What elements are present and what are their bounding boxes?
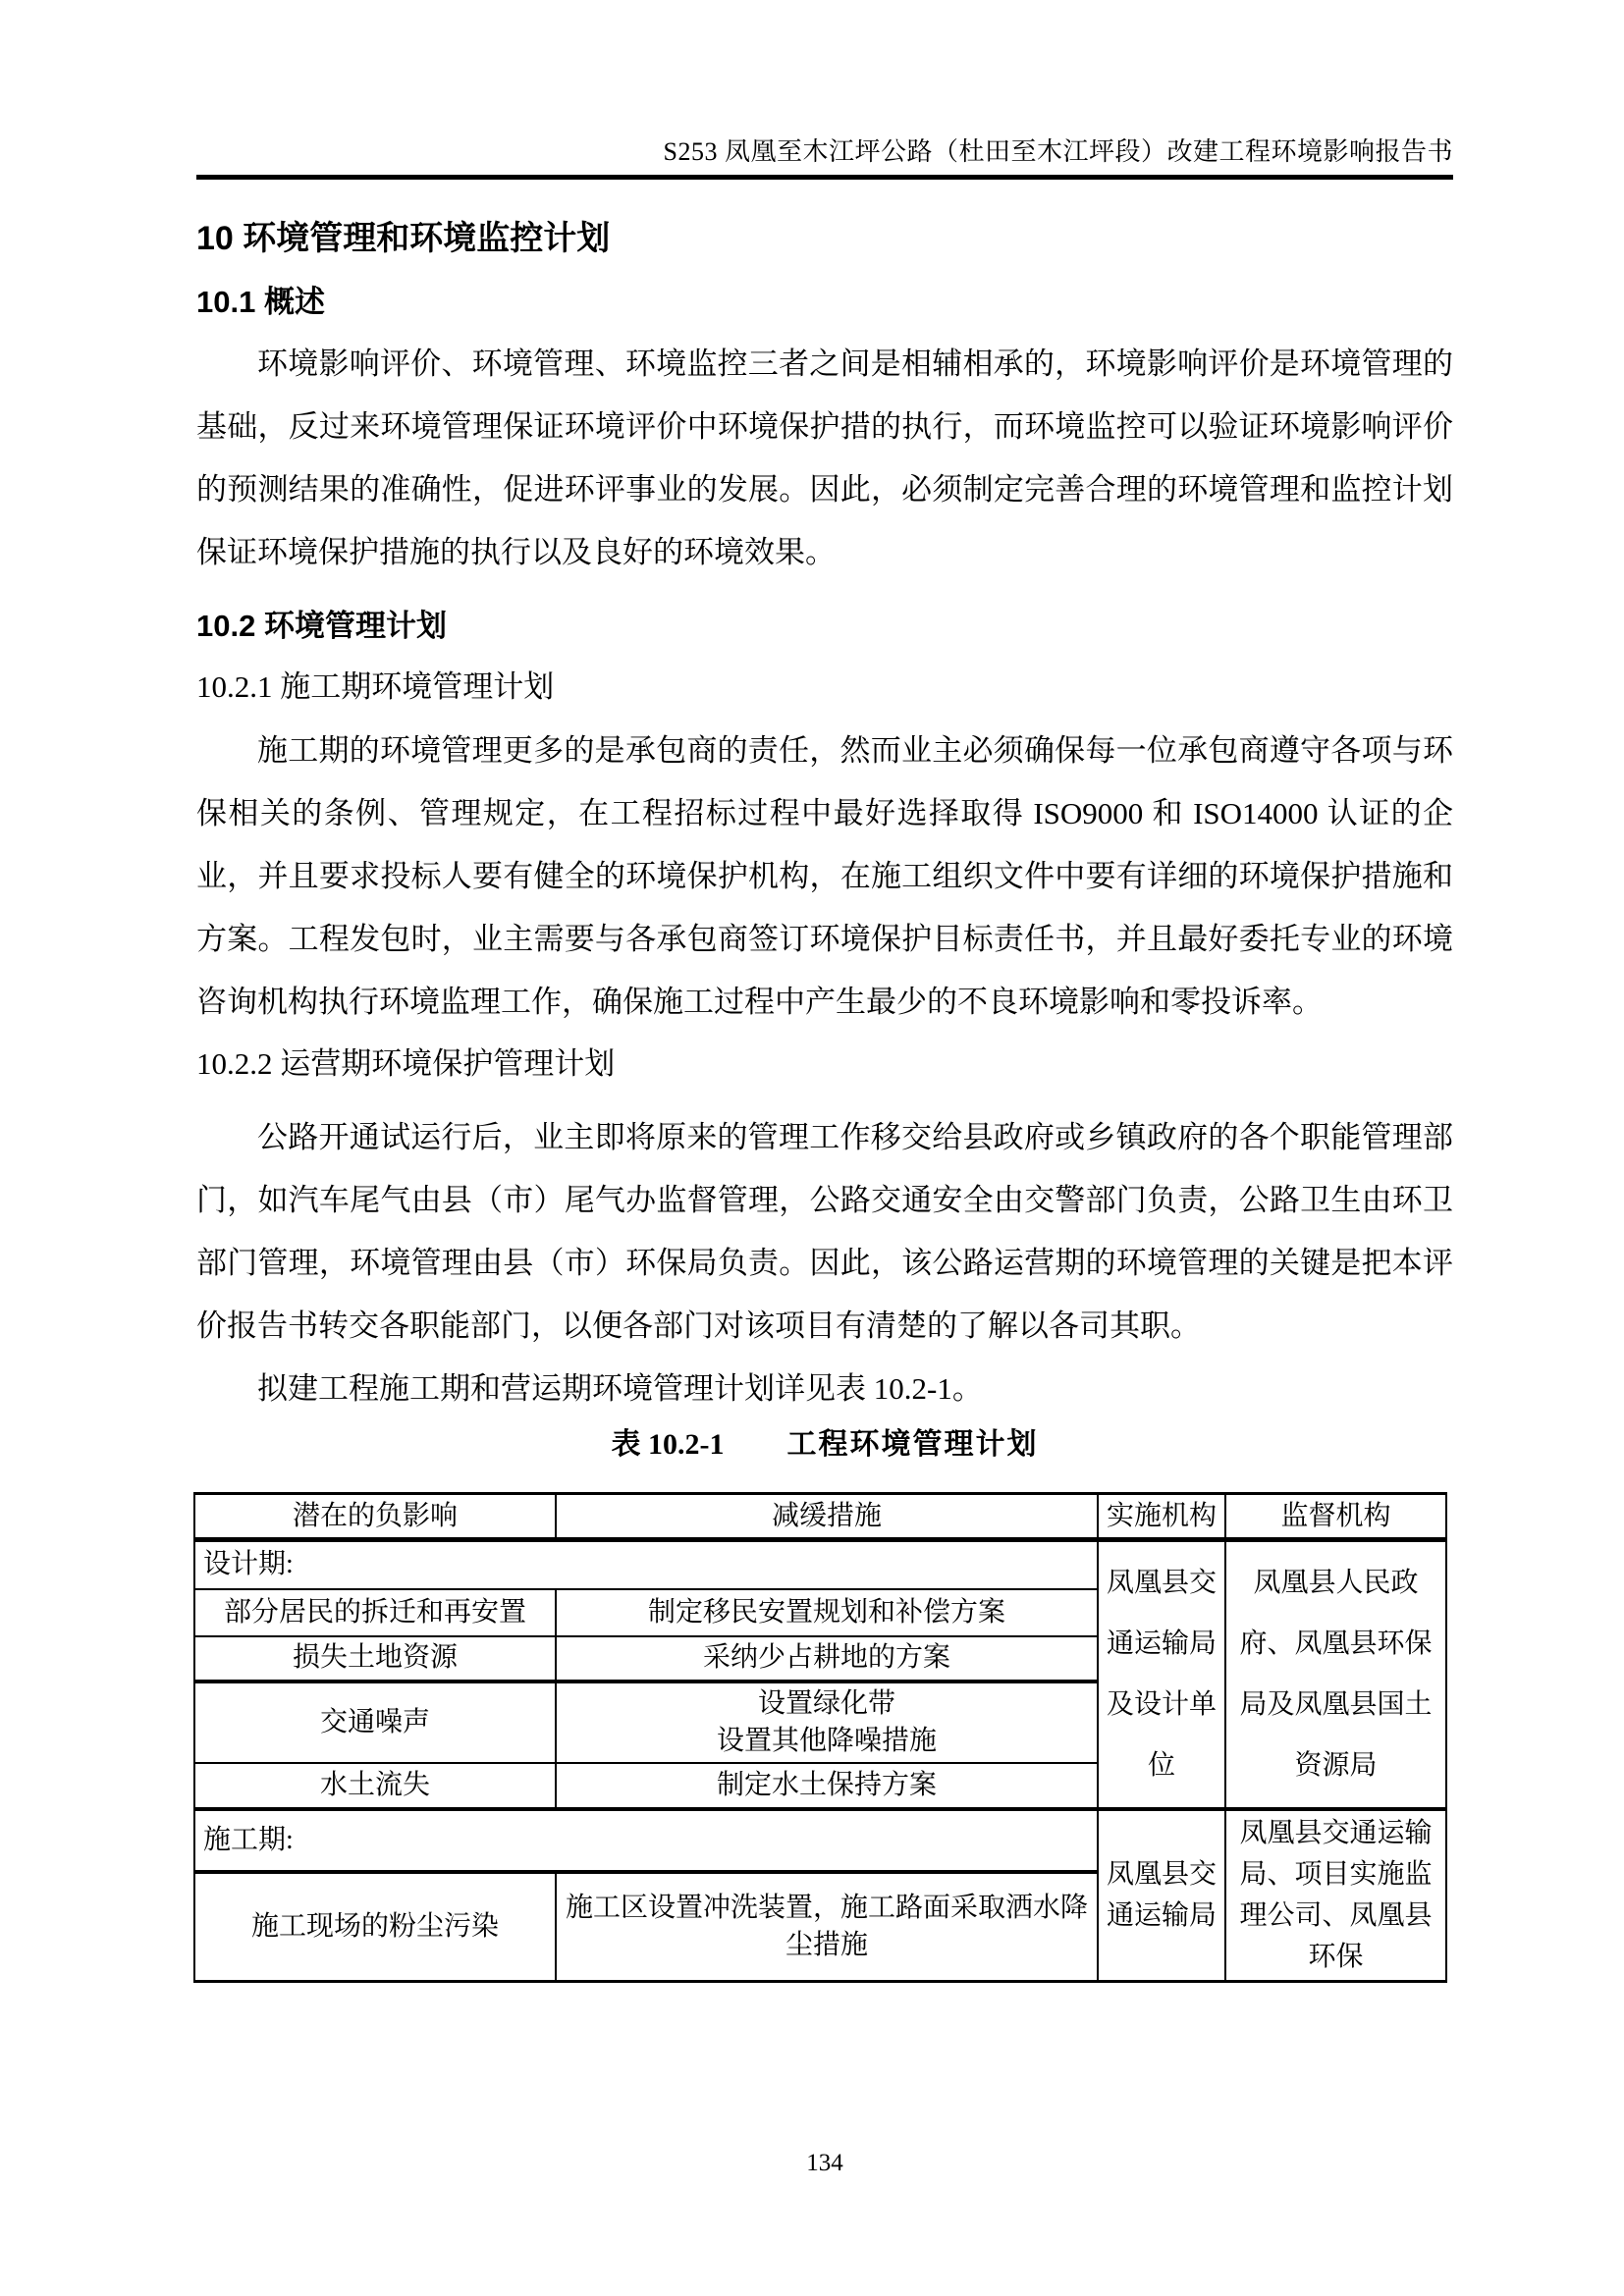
measure-cell: 制定水土保持方案 [556,1763,1098,1809]
impact-cell: 损失土地资源 [194,1636,556,1682]
section-heading-overview: 10.1 概述 [196,286,1453,319]
construction-implementer-cell: 凤凰县交通运输局 [1098,1809,1225,1982]
table-caption-title: 工程环境管理计划 [787,1428,1039,1461]
measure-cell: 设置绿化带 设置其他降噪措施 [556,1682,1098,1763]
impact-cell: 水土流失 [194,1763,556,1809]
impact-cell: 施工现场的粉尘污染 [194,1872,556,1981]
design-phase-row: 设计期: 凤凰县交通运输局及设计单位 凤凰县人民政府、凤凰县环保局及凤凰县国土资… [194,1540,1446,1589]
impact-cell: 部分居民的拆迁和再安置 [194,1589,556,1636]
design-implementer-cell: 凤凰县交通运输局及设计单位 [1098,1540,1225,1809]
construction-phase-label: 施工期: [194,1809,1098,1873]
document-page: S253 凤凰至木江坪公路（杜田至木江坪段）改建工程环境影响报告书 10 环境管… [0,0,1624,2296]
column-header-measure: 减缓措施 [556,1494,1098,1540]
header-rule [196,175,1453,180]
page-number: 134 [196,2150,1453,2177]
table-caption: 表 10.2-1工程环境管理计划 [196,1426,1453,1464]
section-heading-management-plan: 10.2 环境管理计划 [196,610,1453,643]
measure-cell: 施工区设置冲洗装置，施工路面采取洒水降尘措施 [556,1872,1098,1981]
subsection-heading-construction-plan: 10.2.1 施工期环境管理计划 [196,670,1453,704]
construction-supervisor-cell: 凤凰县交通运输局、项目实施监理公司、凤凰县环保 [1225,1809,1446,1982]
paragraph-operation-plan: 公路开通试运行后，业主即将原来的管理工作移交给县政府或乡镇政府的各个职能管理部门… [196,1106,1453,1358]
column-header-impact: 潜在的负影响 [194,1494,556,1540]
table-header-row: 潜在的负影响 减缓措施 实施机构 监督机构 [194,1494,1446,1540]
paragraph-overview: 环境影响评价、环境管理、环境监控三者之间是相辅相承的，环境影响评价是环境管理的基… [196,333,1453,584]
construction-phase-row: 施工期: 凤凰县交通运输局 凤凰县交通运输局、项目实施监理公司、凤凰县环保 [194,1809,1446,1873]
measure-cell: 采纳少占耕地的方案 [556,1636,1098,1682]
environment-management-table: 潜在的负影响 减缓措施 实施机构 监督机构 设计期: 凤凰县交通运输局及设计单位… [193,1492,1447,1983]
running-header-title: S253 凤凰至木江坪公路（杜田至木江坪段）改建工程环境影响报告书 [196,137,1453,167]
design-phase-label: 设计期: [194,1540,1098,1589]
column-header-supervisor: 监督机构 [1225,1494,1446,1540]
paragraph-table-reference: 拟建工程施工期和营运期环境管理计划详见表 10.2-1。 [196,1358,1453,1420]
subsection-heading-operation-plan: 10.2.2 运营期环境保护管理计划 [196,1047,1453,1081]
column-header-implementer: 实施机构 [1098,1494,1225,1540]
impact-cell: 交通噪声 [194,1682,556,1763]
measure-cell: 制定移民安置规划和补偿方案 [556,1589,1098,1636]
design-supervisor-cell: 凤凰县人民政府、凤凰县环保局及凤凰县国土资源局 [1225,1540,1446,1809]
chapter-heading: 10 环境管理和环境监控计划 [196,221,1453,256]
paragraph-construction-plan: 施工期的环境管理更多的是承包商的责任，然而业主必须确保每一位承包商遵守各项与环保… [196,720,1453,1034]
table-caption-label: 表 10.2-1 [612,1428,725,1461]
